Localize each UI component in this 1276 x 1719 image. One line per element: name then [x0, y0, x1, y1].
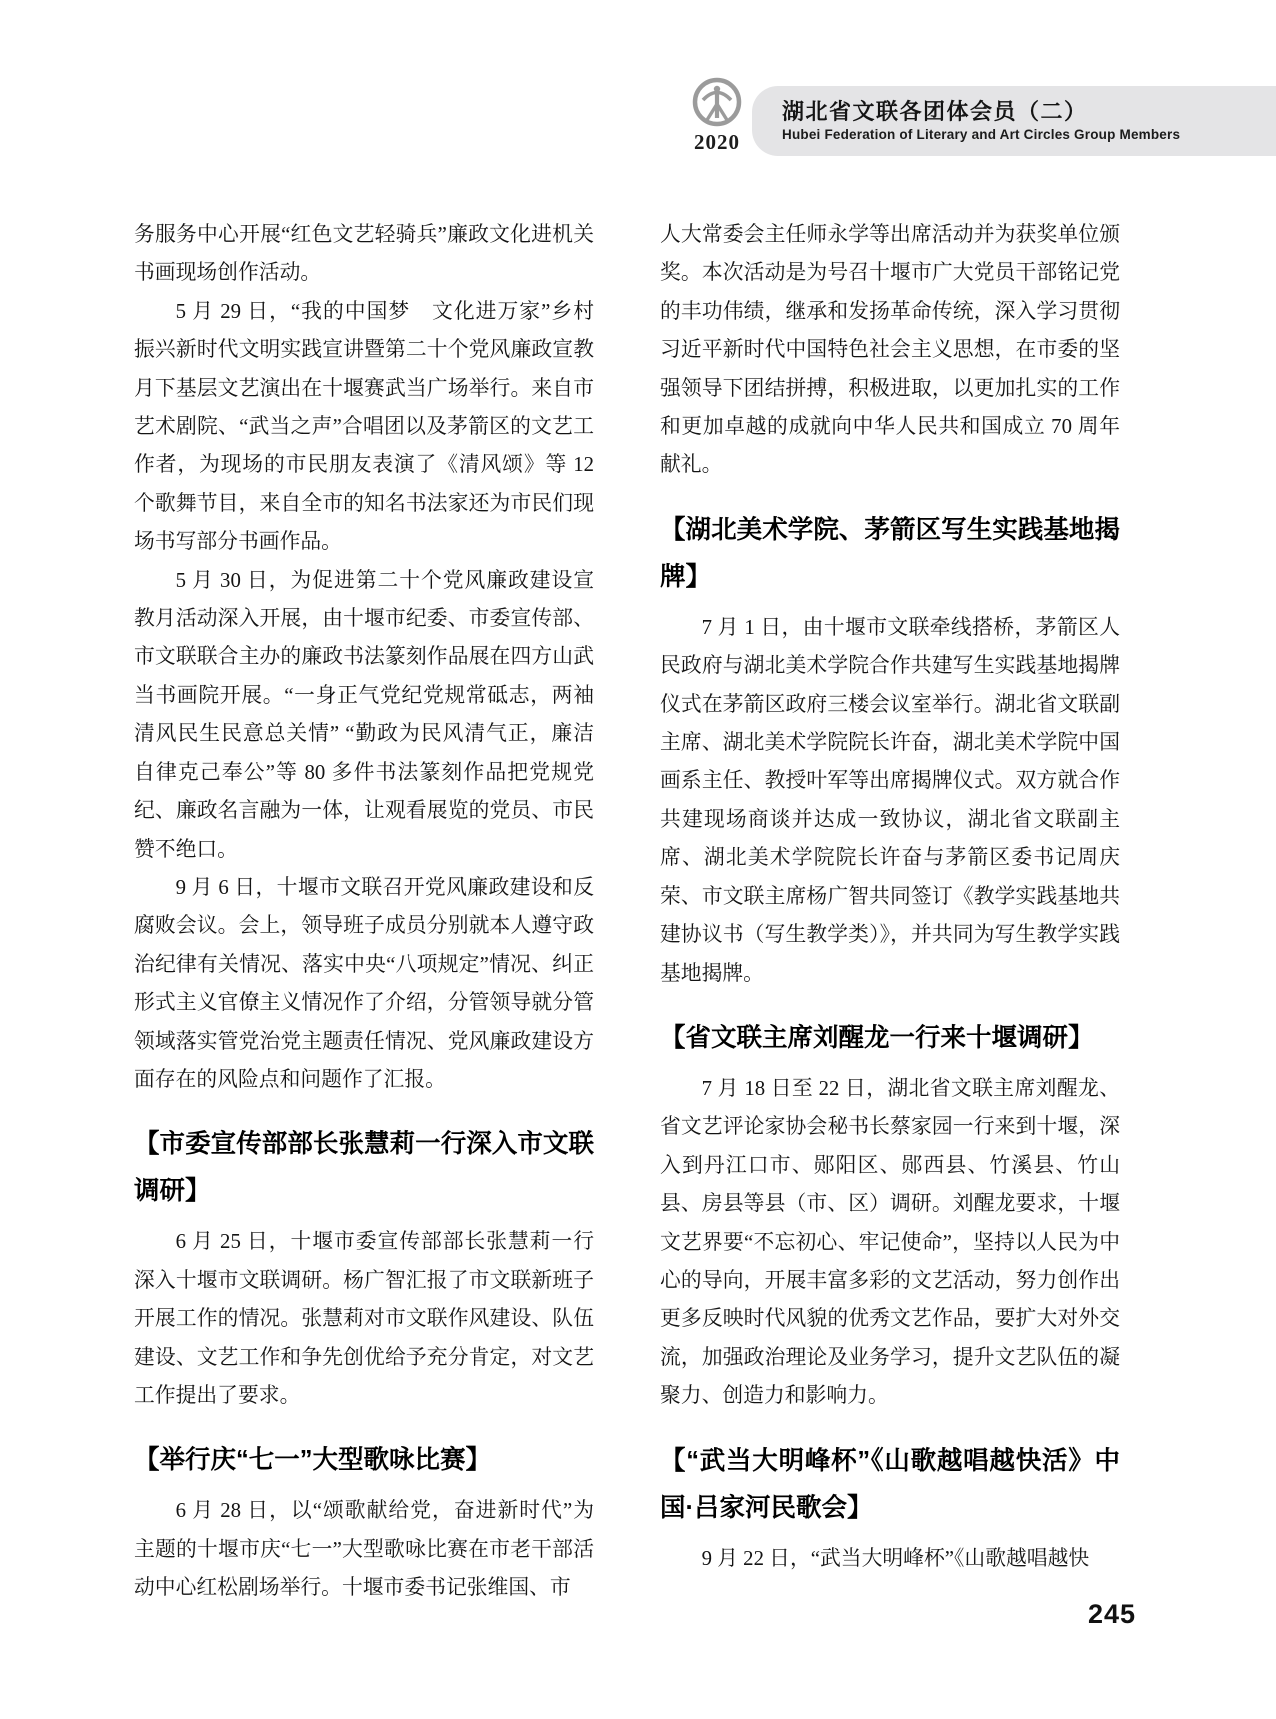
- section-heading: 【湖北美术学院、茅箭区写生实践基地揭牌】: [660, 507, 1120, 601]
- paragraph: 9 月 22 日，“武当大明峰杯”《山歌越唱越快: [660, 1540, 1120, 1578]
- federation-logo-block: 2020: [683, 76, 751, 155]
- section-heading: 【省文联主席刘醒龙一行来十堰调研】: [660, 1015, 1120, 1062]
- right-column: 人大常委会主任师永学等出席活动并为获奖单位颁奖。本次活动是为号召十堰市广大党员干…: [660, 216, 1120, 1578]
- section-heading: 【举行庆“七一”大型歌咏比赛】: [134, 1437, 594, 1484]
- yearbook-page: 2020 湖北省文联各团体会员（二） Hubei Federation of L…: [0, 0, 1276, 1719]
- section-heading: 【“武当大明峰杯”《山歌越唱越快活》中国·吕家河民歌会】: [660, 1438, 1120, 1532]
- header-banner: 湖北省文联各团体会员（二） Hubei Federation of Litera…: [752, 86, 1276, 156]
- paragraph: 人大常委会主任师永学等出席活动并为获奖单位颁奖。本次活动是为号召十堰市广大党员干…: [660, 216, 1120, 485]
- section-heading: 【市委宣传部部长张慧莉一行深入市文联调研】: [134, 1121, 594, 1215]
- paragraph: 5 月 30 日，为促进第二十个党风廉政建设宣教月活动深入开展，由十堰市纪委、市…: [134, 562, 594, 869]
- paragraph: 务服务中心开展“红色文艺轻骑兵”廉政文化进机关书画现场创作活动。: [134, 216, 594, 293]
- left-column: 务服务中心开展“红色文艺轻骑兵”廉政文化进机关书画现场创作活动。 5 月 29 …: [134, 216, 594, 1608]
- page-title-en: Hubei Federation of Literary and Art Cir…: [782, 127, 1276, 143]
- paragraph: 7 月 1 日，由十堰市文联牵线搭桥，茅箭区人民政府与湖北美术学院合作共建写生实…: [660, 609, 1120, 993]
- logo-year: 2020: [683, 130, 751, 155]
- federation-logo-icon: [683, 76, 751, 128]
- paragraph: 9 月 6 日，十堰市文联召开党风廉政建设和反腐败会议。会上，领导班子成员分别就…: [134, 869, 594, 1099]
- paragraph: 5 月 29 日，“我的中国梦 文化进万家”乡村振兴新时代文明实践宣讲暨第二十个…: [134, 293, 594, 562]
- page-number: 245: [1088, 1599, 1136, 1630]
- paragraph: 6 月 28 日，以“颂歌献给党，奋进新时代”为主题的十堰市庆“七一”大型歌咏比…: [134, 1492, 594, 1607]
- paragraph: 6 月 25 日，十堰市委宣传部部长张慧莉一行深入十堰市文联调研。杨广智汇报了市…: [134, 1223, 594, 1415]
- page-title-cn: 湖北省文联各团体会员（二）: [782, 100, 1276, 124]
- paragraph: 7 月 18 日至 22 日，湖北省文联主席刘醒龙、省文艺评论家协会秘书长蔡家园…: [660, 1070, 1120, 1416]
